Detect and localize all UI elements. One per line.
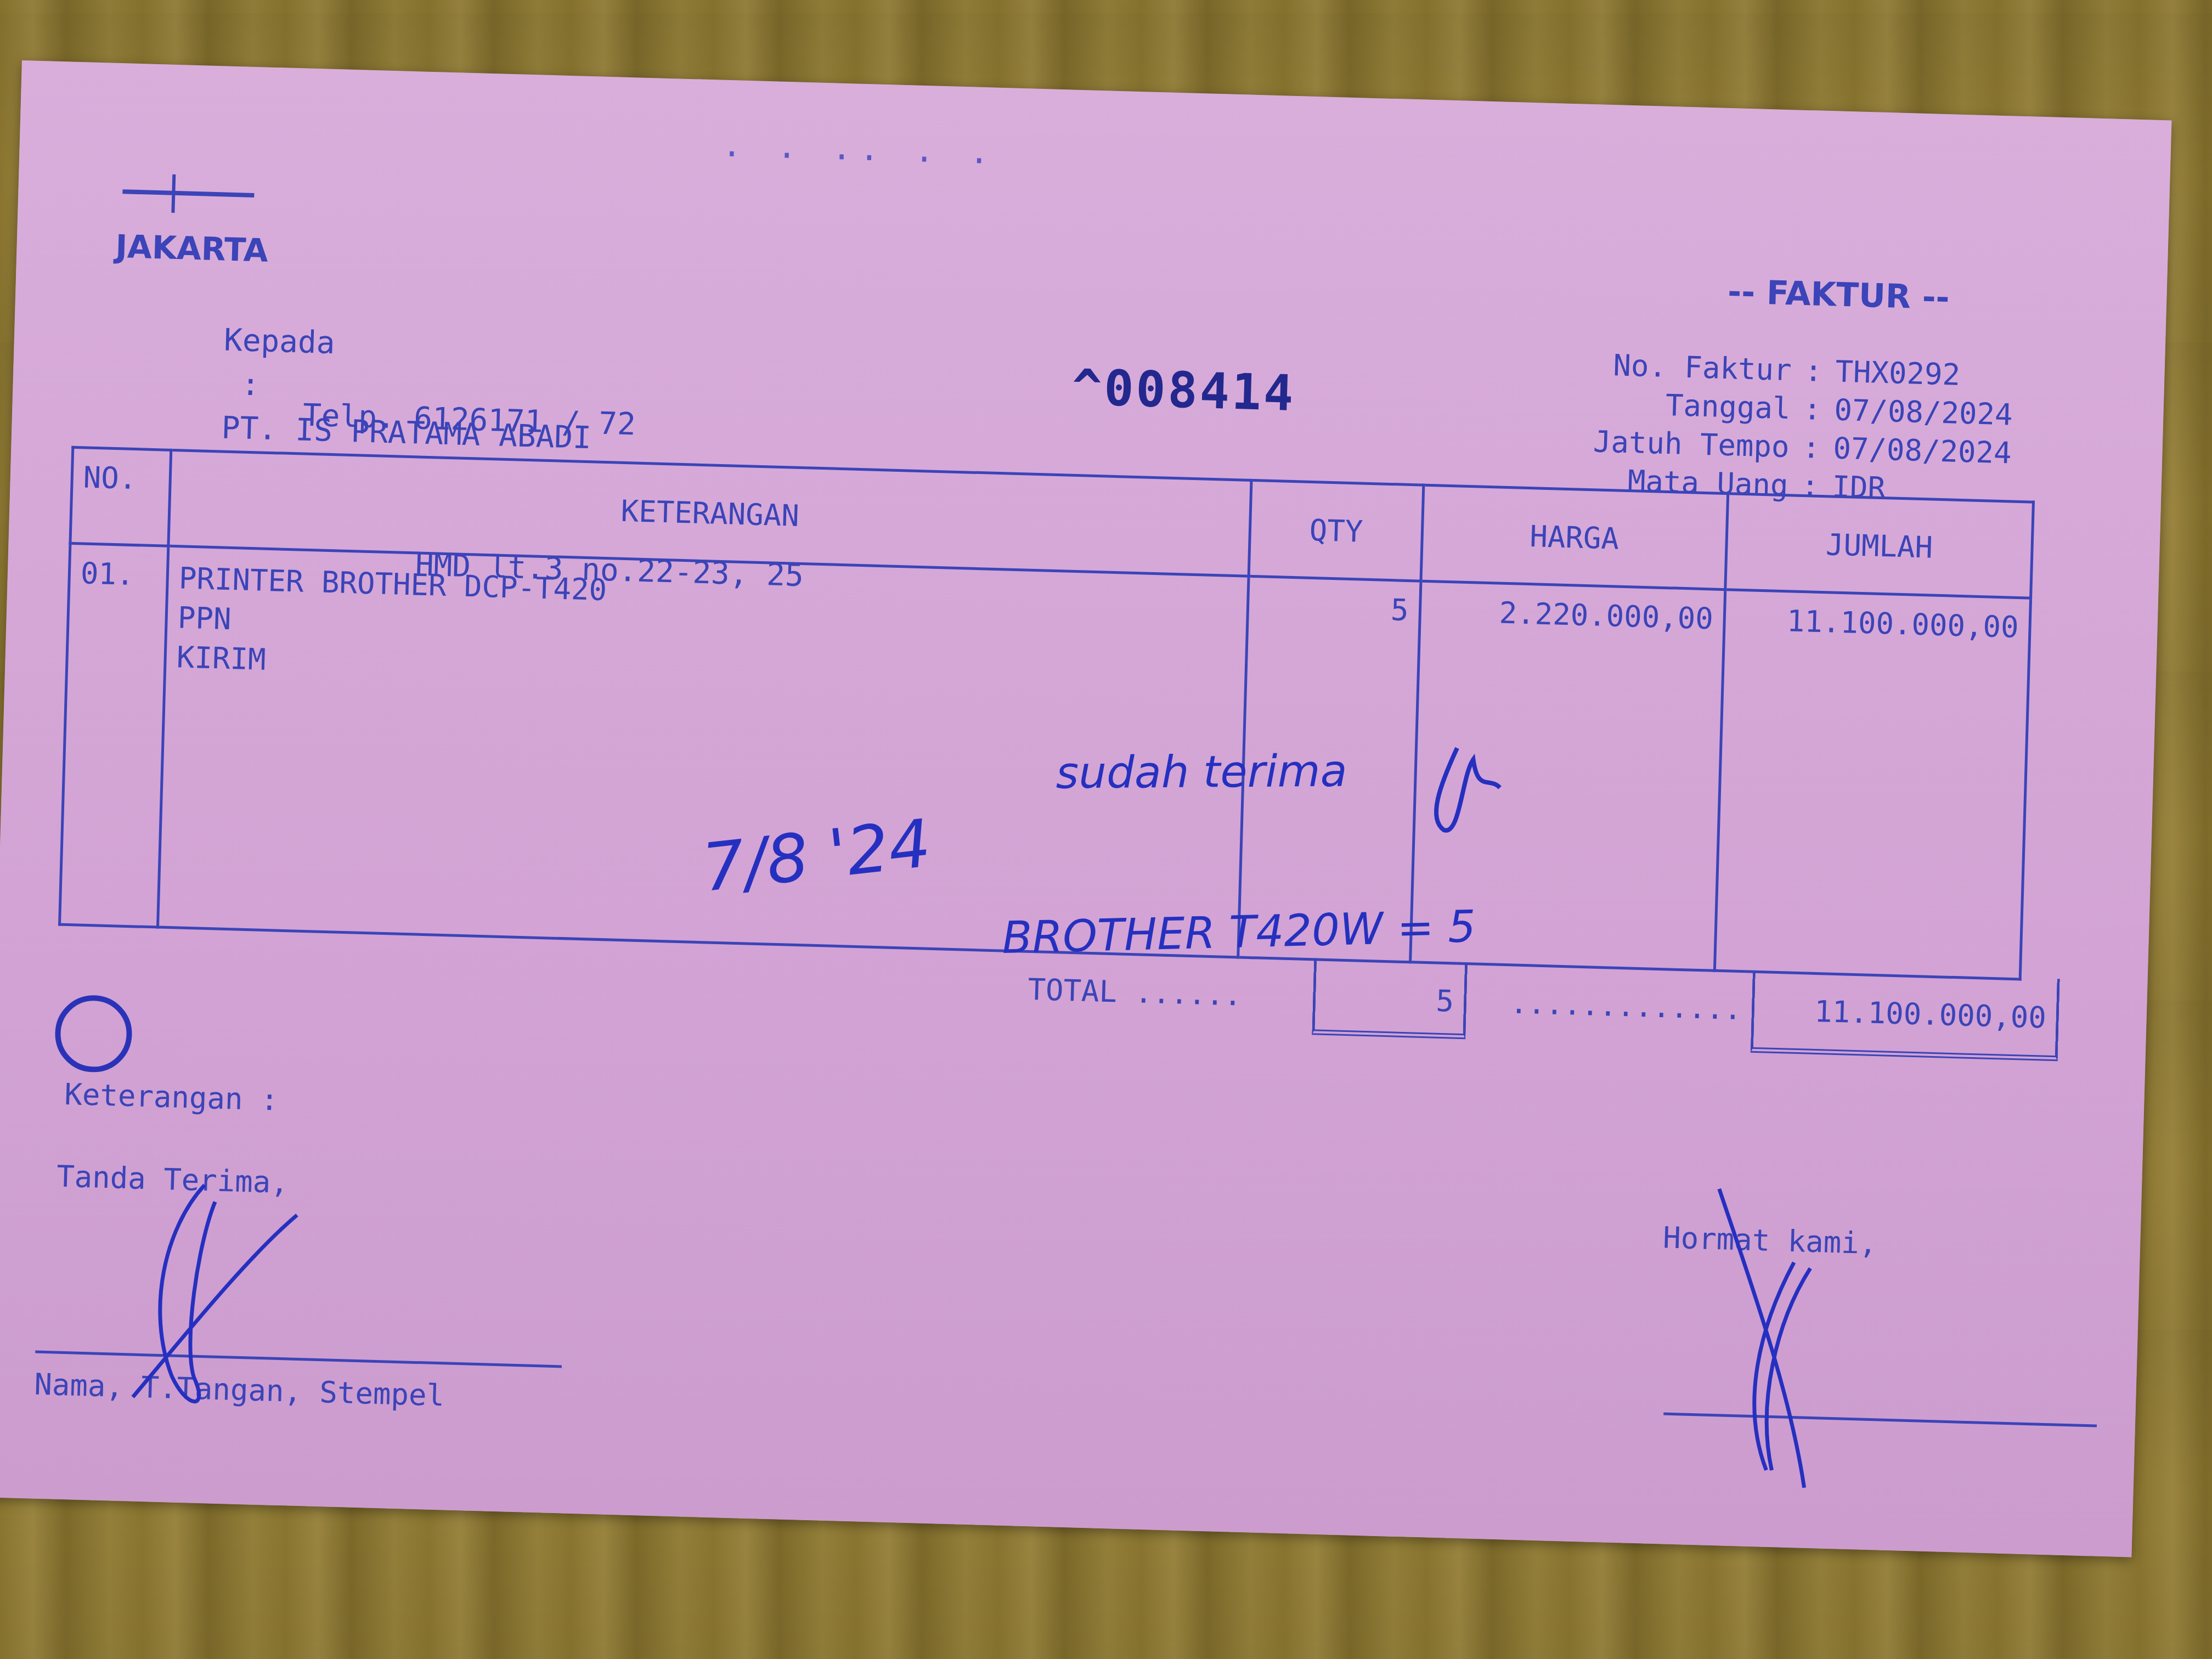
header-qty: QTY (1249, 480, 1423, 581)
total-qty: 5 (1312, 958, 1468, 1039)
meta-value: 07/08/2024 (1834, 391, 2013, 435)
invoice-meta: No. Faktur:THX0292 Tanggal:07/08/2024 Ja… (1492, 343, 2015, 511)
row-no: 01. (60, 543, 169, 927)
row-amount: 11.100.000,00 (1714, 590, 2030, 979)
recipient-separator: : (241, 366, 261, 403)
perforation-marks: · · ·· · · (721, 135, 997, 181)
total-dots: ............. (1465, 962, 1753, 1052)
meta-value: 07/08/2024 (1833, 429, 2012, 472)
header-no: NO. (70, 447, 171, 546)
initials-signature-icon (1405, 741, 1518, 856)
seller-city: JAKARTA (115, 228, 269, 269)
header-price: HARGA (1421, 485, 1728, 589)
company-logo-mark (122, 189, 254, 198)
notes-label: Keterangan : (64, 1077, 279, 1118)
header-amount: JUMLAH (1725, 494, 2034, 598)
recipient-label: Kepada (223, 322, 335, 361)
handwritten-received-note: sudah terima (1056, 746, 1347, 799)
total-amount: 11.100.000,00 (1751, 970, 2060, 1062)
invoice-paper: · · ·· · · JAKARTA Kepada : PT. IS PRATA… (0, 60, 2171, 1557)
total-label: TOTAL ...... (1026, 950, 1314, 1040)
hole-punch-circle (54, 994, 133, 1073)
sender-signature-icon (1705, 1183, 1851, 1497)
meta-value: THX0292 (1835, 353, 1960, 394)
receiver-signature-icon (110, 1177, 336, 1416)
document-title: -- FAKTUR -- (1727, 273, 1950, 317)
items-table: NO. KETERANGAN QTY HARGA JUMLAH 01. PRIN… (58, 446, 2035, 981)
serial-number: ^008414 (1071, 359, 1296, 422)
